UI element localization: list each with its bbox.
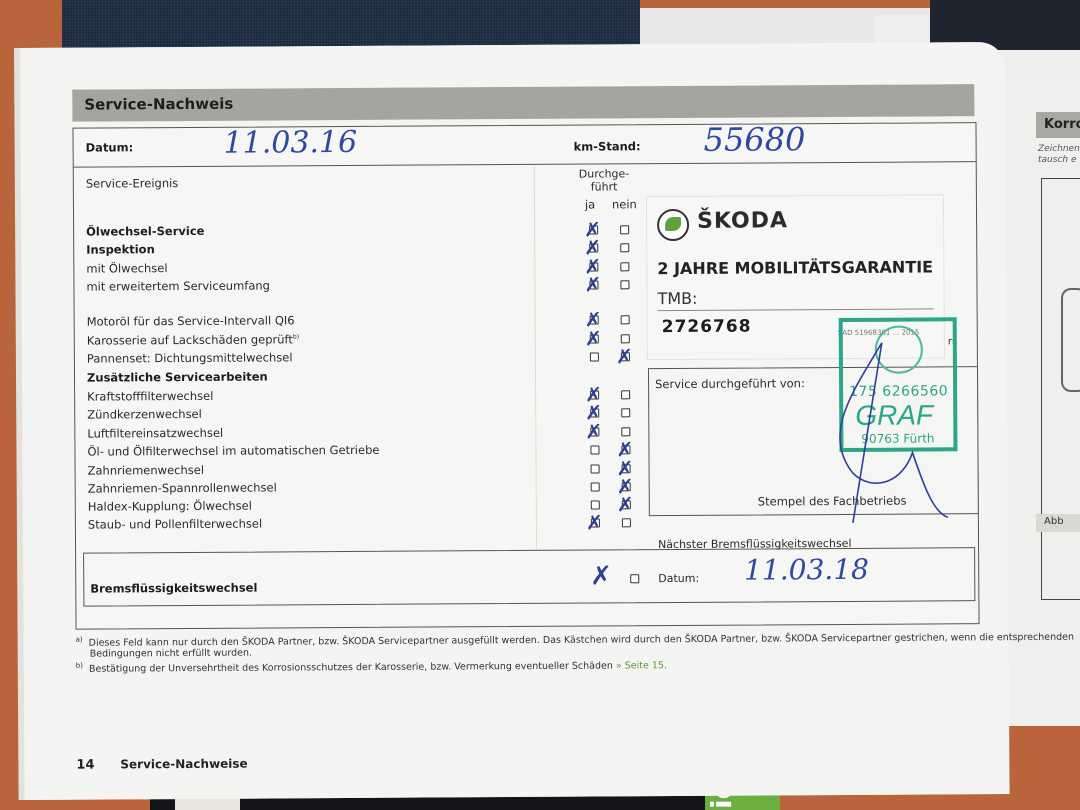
checkbox-nein[interactable] <box>621 334 630 343</box>
right-page-text-line: tausch e <box>1038 155 1080 166</box>
footnote-mark: a) <box>76 636 83 644</box>
sticker-guarantee: 2 JAHRE MOBILITÄTSGARANTIE <box>657 257 933 278</box>
brake-fluid-box: Bremsflüssigkeitswechsel ✗ Nächster Brem… <box>83 547 975 606</box>
footnote-b: b)Bestätigung der Unversehrtheit des Kor… <box>76 658 667 675</box>
service-item-label: Luftfiltereinsatzwechsel <box>87 426 223 441</box>
right-page-title: Korro <box>1036 112 1080 138</box>
ja-header: ja <box>585 197 595 211</box>
service-item-label: Haldex-Kupplung: Ölwechsel <box>88 499 252 514</box>
performed-header: Durchge- führt <box>579 167 630 193</box>
checkbox-nein[interactable] <box>630 574 639 583</box>
datum-label: Datum: <box>86 140 134 154</box>
checkmark-x-icon: ✗ <box>617 494 634 514</box>
service-items-list: Ölwechsel-Service✗Inspektion✗mit Ölwechs… <box>73 123 975 129</box>
checkbox-ja[interactable] <box>590 352 599 361</box>
right-page-text: Zeichnen tausch e <box>1038 144 1080 166</box>
service-item-label: Zahnriemenwechsel <box>88 463 205 478</box>
checkmark-x-icon: ✗ <box>586 512 603 532</box>
footnote-text: Dieses Feld kann nur durch den ŠKODA Par… <box>89 632 1074 649</box>
sticker-brand: ŠKODA <box>697 208 788 234</box>
checkbox-nein[interactable] <box>620 243 629 252</box>
checkmark-x-icon: ✗ <box>584 274 601 294</box>
checkbox-ja[interactable] <box>590 445 599 454</box>
nein-header: nein <box>612 197 637 211</box>
checkbox-nein[interactable] <box>621 315 630 324</box>
footnote-mark: b) <box>76 662 83 670</box>
service-by-label: Service durchgeführt von: <box>655 376 805 391</box>
sticker-divider <box>658 308 934 311</box>
page-number: 14 <box>76 758 94 773</box>
checkmark-x-icon: ✗ <box>585 421 602 441</box>
service-item-label: Pannenset: Dichtungsmittelwechsel <box>87 350 293 365</box>
footnote-a-cont: Bedingungen nicht erfüllt wurden. <box>90 648 252 660</box>
checkbox-ja[interactable] <box>591 464 600 473</box>
service-item-label: Zündkerzenwechsel <box>87 407 202 422</box>
checkbox-nein[interactable] <box>620 262 629 271</box>
km-value[interactable]: 55680 <box>703 120 805 159</box>
checkbox-ja[interactable] <box>591 500 600 509</box>
page-footer-title: Service-Nachweise <box>120 757 247 772</box>
footnote-a: a)Dieses Feld kann nur durch den ŠKODA P… <box>76 630 1074 649</box>
checkmark-x-icon: ✗ <box>616 346 633 366</box>
km-label: km-Stand: <box>574 139 641 153</box>
next-datum-value[interactable]: 11.03.18 <box>744 553 869 587</box>
datum-value[interactable]: 11.03.16 <box>223 125 357 161</box>
checkbox-ja[interactable] <box>591 482 600 491</box>
event-header: Service-Ereignis <box>86 176 179 191</box>
sticker-number: 2726768 <box>662 317 752 338</box>
checkmark-x-icon[interactable]: ✗ <box>590 566 612 586</box>
next-datum-label: Datum: <box>658 572 699 585</box>
skoda-logo-icon <box>657 209 689 241</box>
brake-label: Bremsflüssigkeitswechsel <box>90 581 257 596</box>
checkbox-nein[interactable] <box>621 408 630 417</box>
sticker-tmb-label: TMB: <box>657 289 697 308</box>
car-outline-icon <box>1061 288 1080 392</box>
service-item-label: Zahnriemen-Spannrollenwechsel <box>88 480 277 495</box>
service-item-label: Öl- und Ölfilterwechsel im automatischen… <box>87 443 379 459</box>
right-page-caption: Abb <box>1036 514 1080 532</box>
service-item-label: Staub- und Pollenfilterwechsel <box>88 517 262 532</box>
service-item-label: Motoröl für das Service-Intervall QI6 <box>87 313 295 328</box>
footnote-ref: b) <box>293 333 299 340</box>
footnote-text: Bedingungen nicht erfüllt wurden. <box>90 648 252 660</box>
service-item-label: mit erweitertem Serviceumfang <box>86 278 270 293</box>
right-page-text-line: Zeichnen <box>1038 144 1080 155</box>
service-item-label: Karosserie auf Lackschäden geprüftb) <box>87 332 299 347</box>
page-link[interactable]: » Seite 15. <box>616 660 667 671</box>
checkbox-nein[interactable] <box>620 225 629 234</box>
section-title: Service-Nachweis <box>72 84 974 122</box>
checkmark-x-icon: ✗ <box>585 328 602 348</box>
divider <box>74 161 976 168</box>
checkbox-nein[interactable] <box>621 390 630 399</box>
service-item-label: Inspektion <box>86 242 155 256</box>
service-item-label: Ölwechsel-Service <box>86 224 204 239</box>
service-item-label: Kraftstofffilterwechsel <box>87 389 213 404</box>
checkbox-nein[interactable] <box>620 280 629 289</box>
service-item-label: mit Ölwechsel <box>86 261 167 275</box>
checkbox-nein[interactable] <box>622 518 631 527</box>
section-heading: Zusätzliche Servicearbeiten <box>87 369 268 384</box>
checkbox-nein[interactable] <box>621 427 630 436</box>
signature <box>812 332 953 523</box>
next-brake-label: Nächster Bremsflüssigkeitswechsel <box>658 537 852 551</box>
booklet-page: Service-Nachweis Datum: 11.03.16 km-Stan… <box>20 42 1010 800</box>
column-separator <box>534 166 537 551</box>
footnote-text: Bestätigung der Unversehrtheit des Korro… <box>89 661 613 675</box>
